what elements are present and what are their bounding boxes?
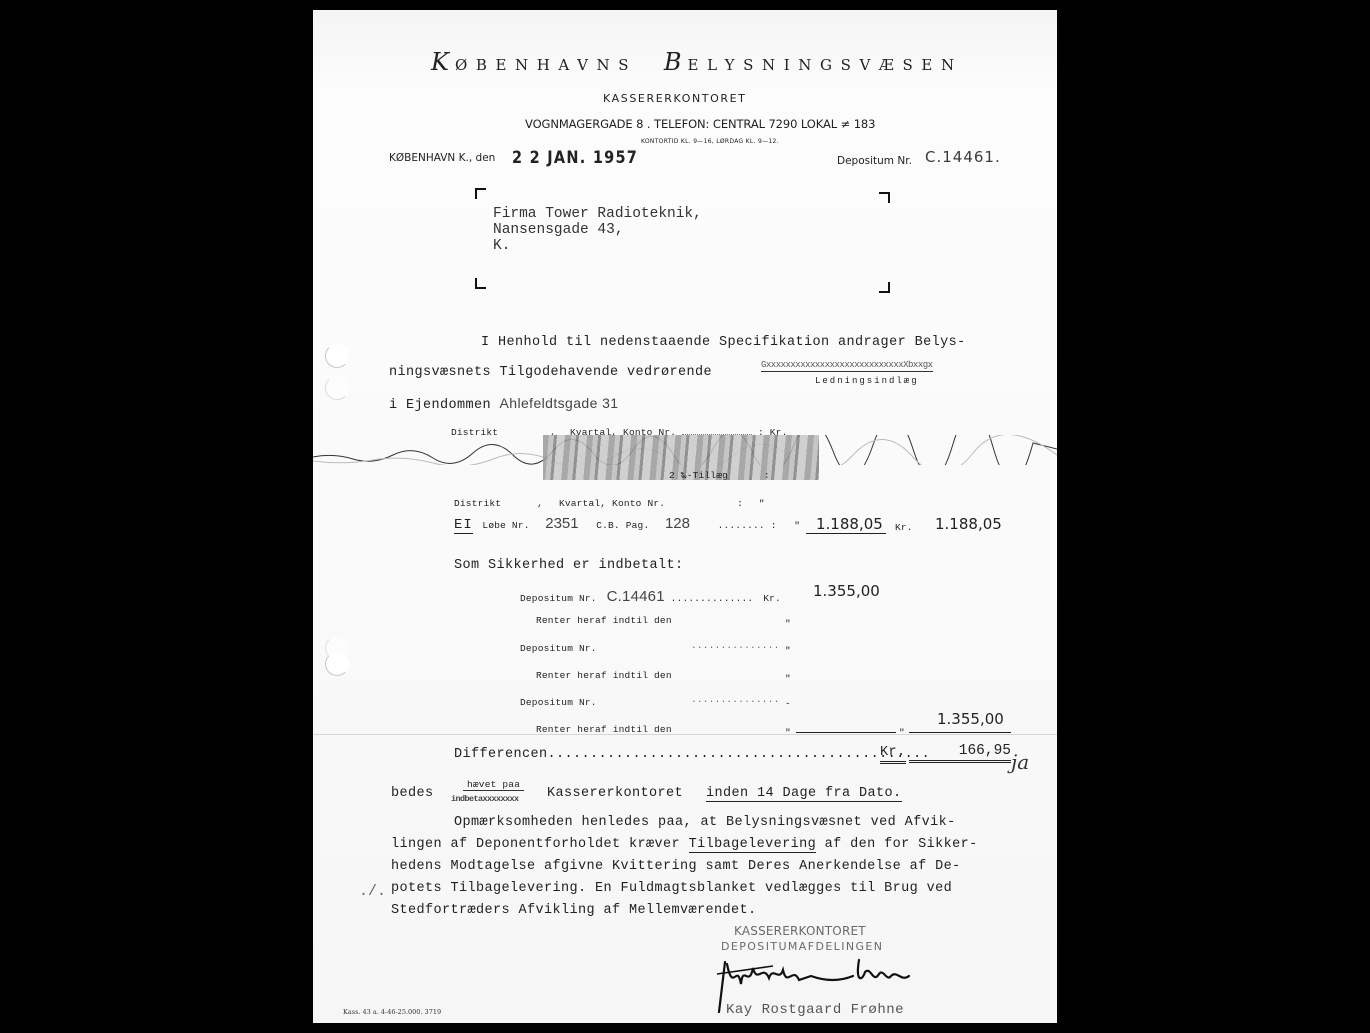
intro-line-2: ningsvæsnets Tilgodehavende vedrørende [389,365,712,380]
request-deadline: inden 14 Dage fra Dato. [706,786,902,802]
punch-hole [325,376,349,400]
property-address: Ahlefeldtsgade 31 [500,395,619,411]
deposit-number: C.14461. [925,148,1001,166]
label-depositum: Depositum Nr. [520,697,597,708]
leader-dots: ............... [691,694,780,705]
spec-row3: EI Løbe Nr. 2351 C.B. Pag. 128 ........ … [454,515,800,533]
security-subtotal: 1.355,00 [937,710,1004,728]
window-corner-mark [879,282,890,293]
leader-dots: ........ : [718,520,777,531]
subtotal-rule [796,732,896,733]
kr-label: Kr. [895,522,913,533]
subtotal-rule [909,732,1011,733]
colon: : [764,470,770,481]
margin-mark: ./. [359,883,386,900]
org-word2: ELYSNINGSVÆSEN [688,56,963,74]
security-row: Renter heraf indtil den [536,615,672,626]
form-number: Kass. 43 a. 4-46-25.000. 3719 [343,1008,441,1016]
city-label: KØBENHAVN K., den [389,152,495,164]
difference-label: Differencen.............................… [454,747,930,762]
difference-amount: 166,95 [909,743,1011,763]
property-prefix: i Ejendommen [389,398,491,413]
label-depositum: Depositum Nr. [520,643,597,654]
colon: : [737,498,743,509]
recipient-line: Firma Tower Radioteknik, [493,206,702,222]
ditto-mark: " [899,727,905,738]
notice-line: lingen af Deponentforholdet kræver Tilba… [391,837,978,852]
separator: , [537,498,543,509]
organization-name: KØBENHAVNS BELYSNINGSVÆSEN [431,48,963,76]
office-name: KASSERERKONTORET [603,92,747,105]
recipient-line: Nansensgade 43, [493,222,702,238]
stamp-office: KASSERERKONTORET [734,924,866,938]
notice-text: lingen af Deponentforholdet kræver [391,837,680,852]
notice-line: Opmærksomheden henledes paa, at Belysnin… [454,815,956,830]
loebe-number: 2351 [545,515,578,532]
intro-line-1: I Henhold til nedenstaaende Specifikatio… [481,335,966,350]
security-row: Depositum Nr. [520,697,597,708]
letter-page: KØBENHAVNS BELYSNINGSVÆSEN KASSERERKONTO… [313,10,1057,1023]
ditto-mark: " [785,673,791,684]
kr-label: Kr. [763,593,781,604]
security-row: Renter heraf indtil den [536,670,672,681]
cb-page: 128 [665,515,690,532]
window-corner-mark [879,192,890,203]
request-office: Kassererkontoret [547,786,683,801]
depositum-number: C.14461 [607,588,665,605]
date-stamp: 2 2 JAN. 1957 [512,148,638,168]
punch-hole [325,344,349,368]
difference-kr: Kr. [880,745,906,764]
ditto-mark: - [785,698,791,709]
ditto-mark: " [785,645,791,656]
label-surcharge: 2 ‰-Tillæg [669,470,728,481]
ditto-mark: " [794,520,800,531]
leader-dots: .............. [671,593,754,604]
punch-hole [325,652,349,676]
label-renter: Renter heraf indtil den [536,615,672,626]
handwritten-initials: ja [1011,750,1029,774]
fold-line [313,734,1057,735]
label-renter: Renter heraf indtil den [536,670,672,681]
spec-row2: Distrikt , Kvartal, Konto Nr. : " [454,498,765,509]
ditto-mark: " [785,618,791,629]
recipient-line: K. [493,238,702,254]
security-row: Depositum Nr. [520,643,597,654]
office-hours: KONTORTID KL. 9—16, LØRDAG KL. 9—12. [641,138,779,145]
office-address: VOGNMAGERGADE 8 . TELEFON: CENTRAL 7290 … [525,117,875,131]
label-cb-pag: C.B. Pag. [596,520,649,531]
request-above: hævet paa [463,779,524,791]
label-distrikt: Distrikt [454,498,501,509]
label-kvartal: Kvartal, Konto Nr. [559,498,665,509]
spec-amount: 1.188,05 [806,515,886,534]
ditto-mark: " [759,498,765,509]
deposit-label: Depositum Nr. [837,155,912,167]
leader-dots: ............... [691,640,780,651]
org-initial-b: B [664,48,688,76]
label-loebe-nr: Løbe Nr. [482,520,529,531]
ditto-mark: " [785,727,791,738]
request-prefix: bedes [391,786,434,801]
label-depositum: Depositum Nr. [520,593,597,604]
request-struck: indbetaxxxxxxxx [451,794,519,804]
struck-out-text: GxxxxxxxxxxxxxxxxxxxxxxxxxxxxXbxxgx [761,360,933,372]
stamp-department: DEPOSITUMAFDELINGEN [721,940,883,953]
notice-line: potets Tilbagelevering. En Fuldmagtsblan… [391,881,952,896]
signer-names: Kay Rostgaard Frøhne [726,1002,904,1018]
security-amount: 1.355,00 [813,582,880,600]
notice-emphasis: Tilbagelevering [689,837,817,853]
org-initial-k: K [431,48,455,76]
replacement-text: Ledningsindlæg [815,376,919,386]
window-corner-mark [475,188,486,199]
org-word1: ØBENHAVNS [455,56,637,74]
intro-line-3: i Ejendommen Ahlefeldtsgade 31 [389,395,618,413]
window-corner-mark [475,278,486,289]
recipient-address: Firma Tower Radioteknik, Nansensgade 43,… [493,206,702,254]
spec-total: 1.188,05 [935,515,1002,533]
notice-line: Stedfortræders Afvikling af Mellemværend… [391,903,757,918]
surcharge-row: 2 ‰-Tillæg : [669,470,770,481]
notice-text: af den for Sikker- [825,837,978,852]
security-row: Depositum Nr. C.14461 .............. Kr. [520,588,781,605]
security-heading: Som Sikkerhed er indbetalt: [454,558,684,573]
notice-line: hedens Modtagelse afgivne Kvittering sam… [391,859,961,874]
district-code: EI [454,517,473,534]
